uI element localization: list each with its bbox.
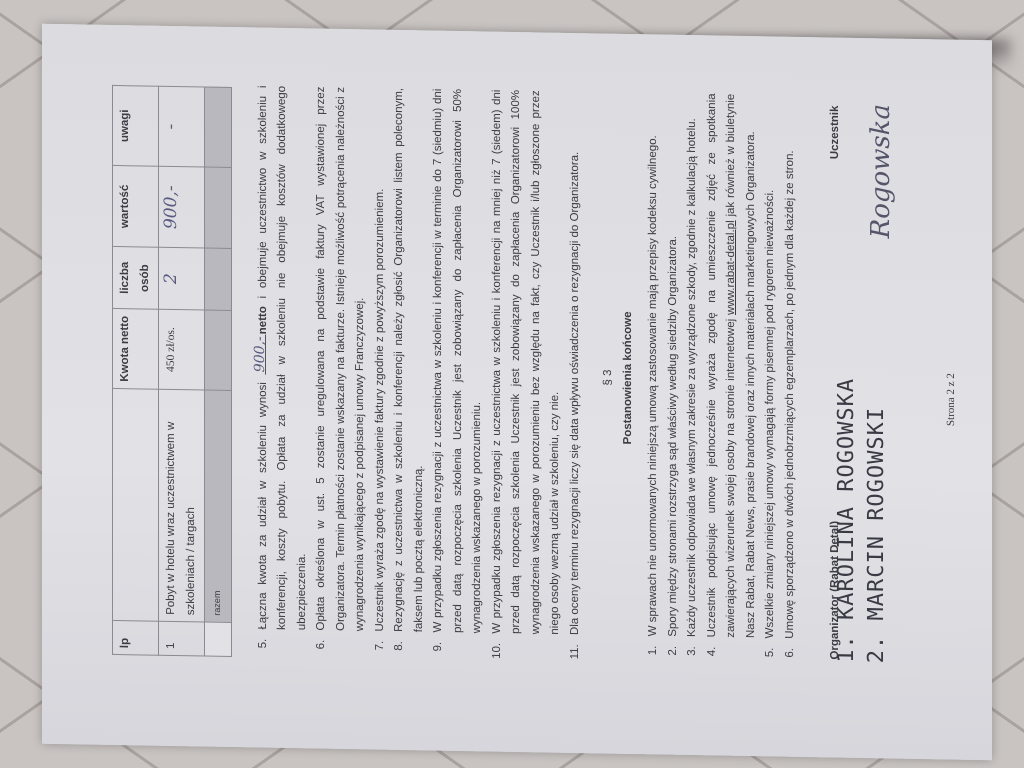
term-item: Dla oceny terminu rezygnacji liczy się d…	[566, 91, 586, 641]
term-item: Opłata określona w ust. 5 zostanie uregu…	[312, 86, 371, 637]
term-item: W przypadku zgłoszenia rezygnacji z ucze…	[429, 88, 488, 639]
header-persons: liczba osób	[113, 247, 159, 309]
header-amount: Kwota netto	[113, 308, 159, 389]
header-value: wartość	[113, 166, 159, 248]
provision-item: Każdy uczestnik odpowiada we własnym zak…	[683, 93, 703, 643]
provision-item: Wszelkie zmiany niniejszej umowy wymagaj…	[761, 94, 781, 644]
participant-signature: Rogowska	[872, 118, 892, 238]
cell-value-handwritten: 900,-	[159, 167, 205, 249]
header-lp: lp	[113, 620, 159, 655]
cell-persons-handwritten: 2	[159, 248, 205, 310]
handwritten-amount-text: 900,-	[251, 336, 271, 372]
terms-list: Łączna kwota za udział w szkoleniu wynos…	[254, 85, 586, 663]
table-total-row: razem	[205, 87, 232, 656]
provision-item: Spory między stronami rozstrzyga sąd wła…	[664, 93, 684, 643]
section-mark: § 3	[599, 91, 619, 663]
table-row: 1 Pobyt w hotelu wraz uczestnictwem w sz…	[159, 86, 205, 656]
term-text: Łączna kwota za udział w szkoleniu wynos…	[257, 374, 269, 629]
cell-total-notes	[205, 87, 232, 168]
provision-item: Umowę sporządzono w dwóch jednobrzmiącyc…	[781, 95, 801, 645]
term-item: Łączna kwota za udział w szkoleniu wynos…	[254, 85, 313, 636]
handwritten-amount: 900,-	[265, 334, 266, 374]
cell-description: Pobyt w hotelu wraz uczestnictwem w szko…	[159, 390, 205, 622]
handwritten-name: 2. MARCIN ROGOWSKI	[862, 378, 892, 663]
participant-label: Uczestnik	[826, 105, 846, 159]
page-number: Strona 2 z 2	[942, 39, 962, 759]
cell-total-amount	[205, 310, 232, 391]
cell-total-label: razem	[205, 390, 232, 622]
website-link[interactable]: www.rabat-detal.pl	[725, 220, 737, 315]
table-header-row: lp Kwota netto liczba osób wartość uwagi	[113, 85, 159, 655]
pricing-table: lp Kwota netto liczba osób wartość uwagi…	[112, 85, 232, 657]
term-bold: netto	[257, 306, 269, 334]
term-item: Uczestnik wyraża zgodę na wystawienie fa…	[371, 87, 391, 637]
term-item: W przypadku zgłoszenia rezygnacji z ucze…	[488, 89, 566, 640]
cell-lp: 1	[159, 621, 205, 656]
cell-total-persons	[205, 248, 232, 310]
final-provisions-list: W sprawach nie unormowanych niniejszą um…	[644, 92, 800, 667]
document-page: lp Kwota netto liczba osób wartość uwagi…	[42, 24, 992, 761]
provision-item: Uczestnik podpisując umowę jednocześnie …	[703, 93, 762, 644]
cell-notes-handwritten: -	[159, 86, 205, 167]
cell-total-empty	[205, 622, 232, 657]
term-item: Rezygnację z uczestnictwa w szkoleniu i …	[390, 88, 429, 639]
cell-amount: 450 zł/os.	[159, 309, 205, 390]
provision-item: W sprawach nie unormowanych niniejszą um…	[644, 92, 664, 642]
header-description	[113, 389, 159, 621]
handwritten-name: 1. KAROLINA ROGOWSKA	[832, 378, 862, 663]
handwritten-names: 1. KAROLINA ROGOWSKA 2. MARCIN ROGOWSKI	[832, 378, 892, 664]
section-title: Postanowienia końcowe	[619, 92, 639, 664]
cell-total-value	[205, 167, 232, 248]
header-notes: uwagi	[113, 85, 159, 166]
